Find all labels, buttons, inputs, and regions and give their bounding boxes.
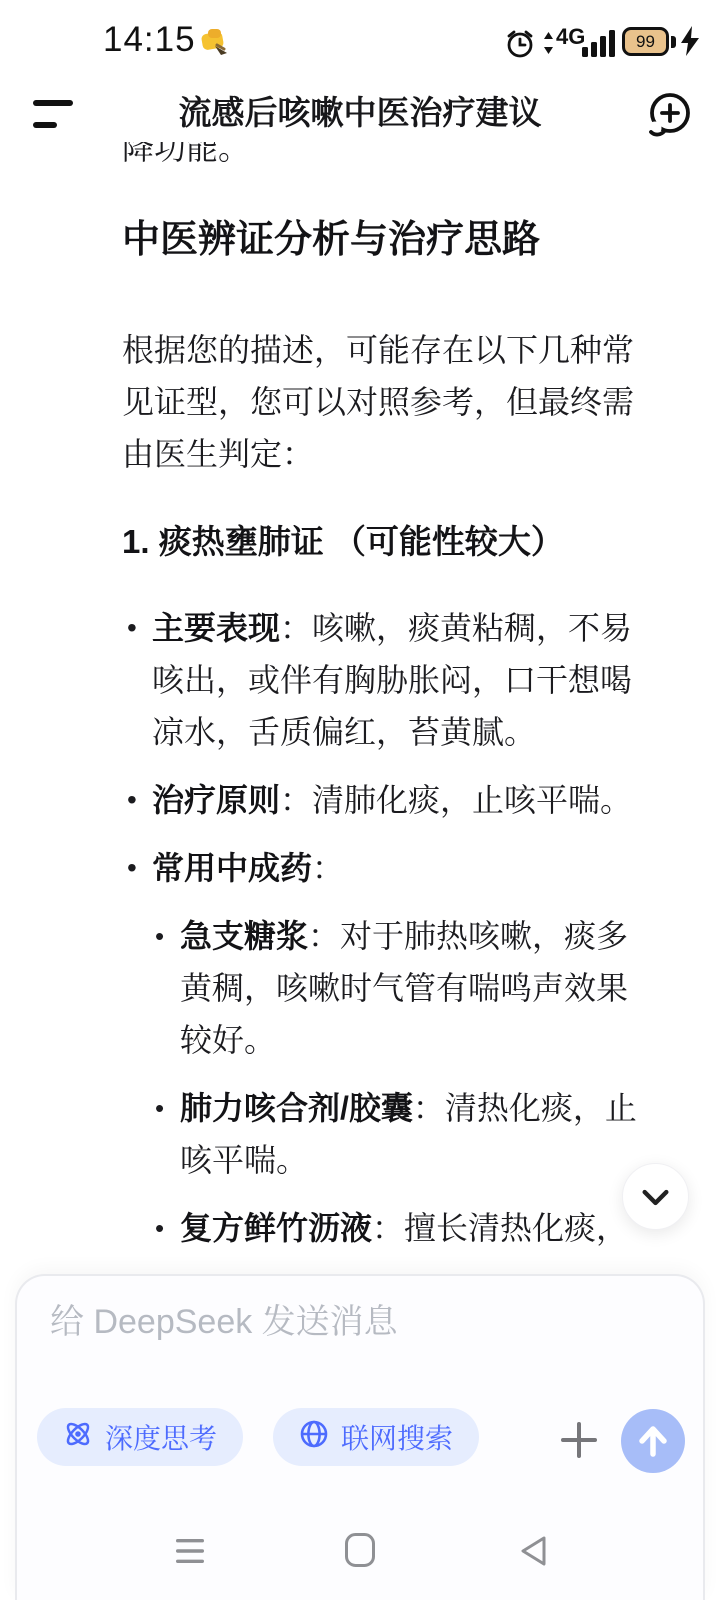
- app-header: 流感后咳嗽中医治疗建议: [0, 82, 720, 142]
- message-input[interactable]: 给 DeepSeek 发送消息: [50, 1302, 398, 1342]
- notification-app-icon: [197, 24, 231, 63]
- atom-icon: [63, 1419, 93, 1456]
- web-search-toggle[interactable]: 联网搜索: [273, 1408, 479, 1466]
- bullet-list: 主要表现：咳嗽，痰黄粘稠，不易咳出，或伴有胸胁胀闷，口干想喝凉水，舌质偏红，苔黄…: [122, 602, 658, 1254]
- scroll-to-bottom-button[interactable]: [622, 1163, 689, 1230]
- network-type-label: 4G: [556, 24, 585, 50]
- bullet-text: ：清肺化痰，止咳平喘。: [280, 782, 632, 818]
- status-time: 14:15: [103, 20, 196, 60]
- section-heading: 中医辨证分析与治疗思路: [122, 212, 658, 268]
- battery-percent: 99: [636, 32, 655, 51]
- bullet-label: 急支糖浆: [180, 918, 308, 954]
- bullet-label: 常用中成药: [152, 850, 312, 886]
- list-item: 肺力咳合剂/胶囊：清热化痰，止咳平喘。: [152, 1082, 658, 1186]
- bullet-label: 复方鲜竹沥液: [180, 1210, 372, 1246]
- battery-nub: [671, 36, 676, 48]
- attach-plus-icon[interactable]: [559, 1420, 599, 1460]
- list-item: 急支糖浆：对于肺热咳嗽，痰多黄稠，咳嗽时气管有喘鸣声效果较好。: [152, 910, 658, 1066]
- deep-think-label: 深度思考: [105, 1417, 217, 1457]
- status-bar: 14:15 4G 99: [0, 0, 720, 82]
- bullet-text: ：擅长清热化痰，: [372, 1210, 628, 1246]
- chevron-down-icon: [623, 1164, 688, 1230]
- signal-bars-icon: [582, 30, 615, 62]
- list-item: 主要表现：咳嗽，痰黄粘稠，不易咳出，或伴有胸胁胀闷，口干想喝凉水，舌质偏红，苔黄…: [122, 602, 658, 758]
- send-button[interactable]: [621, 1409, 685, 1473]
- data-direction-arrows-icon: [543, 31, 554, 60]
- bullet-text: ：: [312, 850, 344, 886]
- home-square-icon: [345, 1533, 375, 1567]
- bullet-label: 治疗原则: [152, 782, 280, 818]
- composer-toolbar: 深度思考 联网搜索: [37, 1408, 479, 1466]
- arrow-up-icon: [621, 1409, 685, 1473]
- back-triangle-icon: [518, 1535, 548, 1567]
- nested-bullet-list: 急支糖浆：对于肺热咳嗽，痰多黄稠，咳嗽时气管有喘鸣声效果较好。 肺力咳合剂/胶囊…: [152, 910, 658, 1254]
- nav-back-button[interactable]: [518, 1535, 548, 1572]
- list-item: 常用中成药： 急支糖浆：对于肺热咳嗽，痰多黄稠，咳嗽时气管有喘鸣声效果较好。 肺…: [122, 842, 658, 1254]
- charging-bolt-icon: [679, 25, 701, 62]
- new-chat-icon[interactable]: [645, 90, 693, 138]
- alarm-clock-icon: [504, 28, 536, 65]
- list-item: 复方鲜竹沥液：擅长清热化痰，: [152, 1202, 658, 1254]
- deep-think-toggle[interactable]: 深度思考: [37, 1408, 243, 1466]
- subsection-heading: 1. 痰热壅肺证 （可能性较大）: [122, 518, 658, 566]
- list-item: 治疗原则：清肺化痰，止咳平喘。: [122, 774, 658, 826]
- bullet-label: 肺力咳合剂/胶囊: [180, 1090, 413, 1126]
- clipped-text-line: 降功能。: [122, 142, 658, 174]
- nav-home-button[interactable]: [345, 1533, 375, 1572]
- nav-recents-button[interactable]: [176, 1539, 204, 1568]
- chat-title: 流感后咳嗽中医治疗建议: [0, 82, 720, 144]
- menu-lines-icon: [176, 1539, 204, 1563]
- globe-icon: [299, 1419, 329, 1456]
- battery-indicator: 99: [622, 27, 669, 56]
- intro-paragraph: 根据您的描述，可能存在以下几种常见证型，您可以对照参考，但最终需由医生判定：: [122, 324, 658, 480]
- web-search-label: 联网搜索: [341, 1417, 453, 1457]
- bullet-label: 主要表现: [152, 610, 280, 646]
